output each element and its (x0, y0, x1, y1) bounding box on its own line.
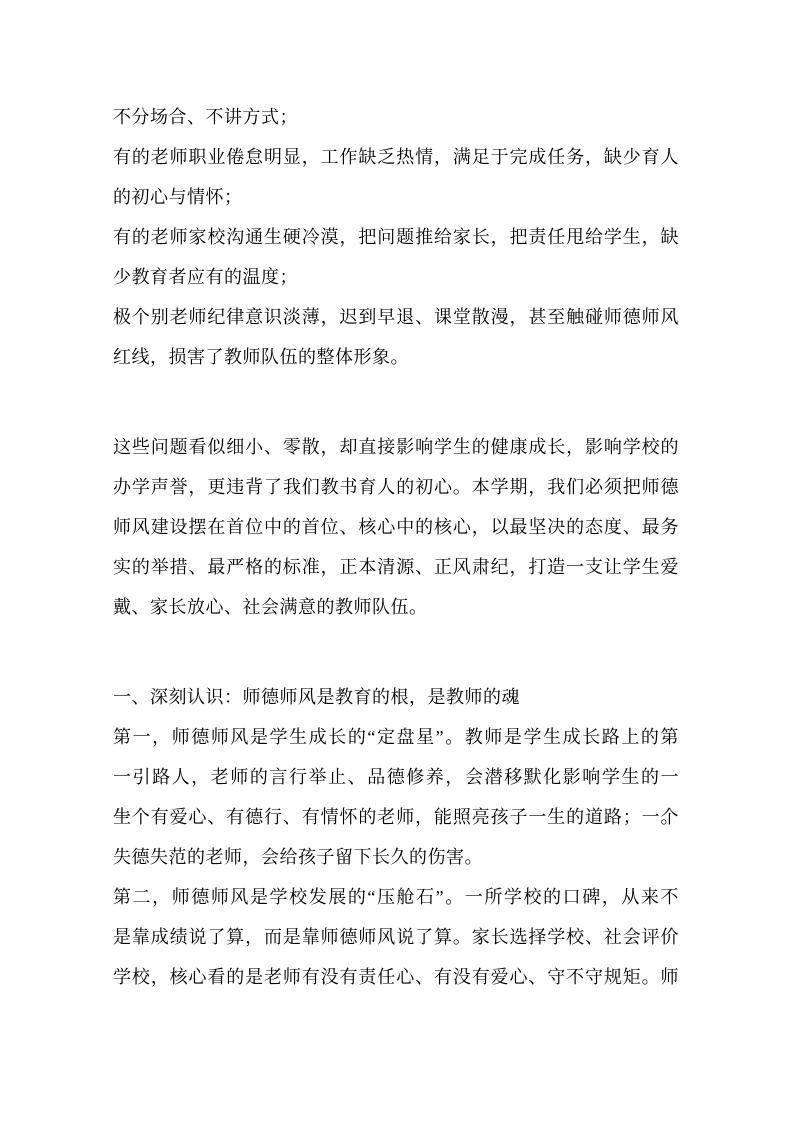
text-line: 红线，损害了教师队伍的整体形象。 (113, 337, 679, 377)
text-line: 有的老师职业倦怠明显，工作缺乏热情，满足于完成任务，缺少育人 (113, 137, 679, 177)
paragraph: 不分场合、不讲方式； (113, 97, 679, 137)
heading-line: 一、深刻认识：师德师风是教育的根，是教师的魂 (113, 677, 679, 717)
paragraph: 极个别老师纪律意识淡薄，迟到早退、课堂散漫，甚至触碰师德师风 红线，损害了教师队… (113, 297, 679, 377)
text-line: 有的老师家校沟通生硬冷漠，把问题推给家长，把责任甩给学生，缺 (113, 217, 679, 257)
text-line: 是靠成绩说了算，而是靠师德师风说了算。家长选择学校、社会评价 (113, 917, 679, 957)
text-line: 极个别老师纪律意识淡薄，迟到早退、课堂散漫，甚至触碰师德师风 (113, 297, 679, 337)
text-line: 一个有爱心、有德行、有情怀的老师，能照亮孩子一生的道路；一个 (113, 797, 679, 837)
text-line: 师风建设摆在首位中的首位、核心中的核心，以最坚决的态度、最务 (113, 507, 679, 547)
text-line: 一引路人，老师的言行举止、品德修养，会潜移默化影响学生的一生。 (113, 757, 679, 797)
text-line: 戴、家长放心、社会满意的教师队伍。 (113, 587, 679, 627)
paragraph: 有的老师家校沟通生硬冷漠，把问题推给家长，把责任甩给学生，缺 少教育者应有的温度… (113, 217, 679, 297)
paragraph: 第一，师德师风是学生成长的“定盘星”。教师是学生成长路上的第 一引路人，老师的言… (113, 717, 679, 877)
text-line: 实的举措、最严格的标准，正本清源、正风肃纪，打造一支让学生爱 (113, 547, 679, 587)
text-line: 学校，核心看的是老师有没有责任心、有没有爱心、守不守规矩。师 (113, 957, 679, 997)
document-page: 不分场合、不讲方式； 有的老师职业倦怠明显，工作缺乏热情，满足于完成任务，缺少育… (0, 0, 793, 1122)
text-line: 的初心与情怀； (113, 177, 679, 217)
paragraph: 有的老师职业倦怠明显，工作缺乏热情，满足于完成任务，缺少育人 的初心与情怀； (113, 137, 679, 217)
text-line: 少教育者应有的温度； (113, 257, 679, 297)
section-heading: 一、深刻认识：师德师风是教育的根，是教师的魂 (113, 677, 679, 717)
paragraph: 第二，师德师风是学校发展的“压舱石”。一所学校的口碑，从来不 是靠成绩说了算，而… (113, 877, 679, 997)
text-line: 第一，师德师风是学生成长的“定盘星”。教师是学生成长路上的第 (113, 717, 679, 757)
text-line: 第二，师德师风是学校发展的“压舱石”。一所学校的口碑，从来不 (113, 877, 679, 917)
blank-line (113, 627, 679, 677)
paragraph: 这些问题看似细小、零散，却直接影响学生的健康成长，影响学校的 办学声誉，更违背了… (113, 427, 679, 627)
text-line: 失德失范的老师，会给孩子留下长久的伤害。 (113, 837, 679, 877)
blank-line (113, 377, 679, 427)
text-line: 办学声誉，更违背了我们教书育人的初心。本学期，我们必须把师德 (113, 467, 679, 507)
document-content: 不分场合、不讲方式； 有的老师职业倦怠明显，工作缺乏热情，满足于完成任务，缺少育… (113, 97, 679, 997)
text-line: 不分场合、不讲方式； (113, 97, 679, 137)
text-line: 这些问题看似细小、零散，却直接影响学生的健康成长，影响学校的 (113, 427, 679, 467)
